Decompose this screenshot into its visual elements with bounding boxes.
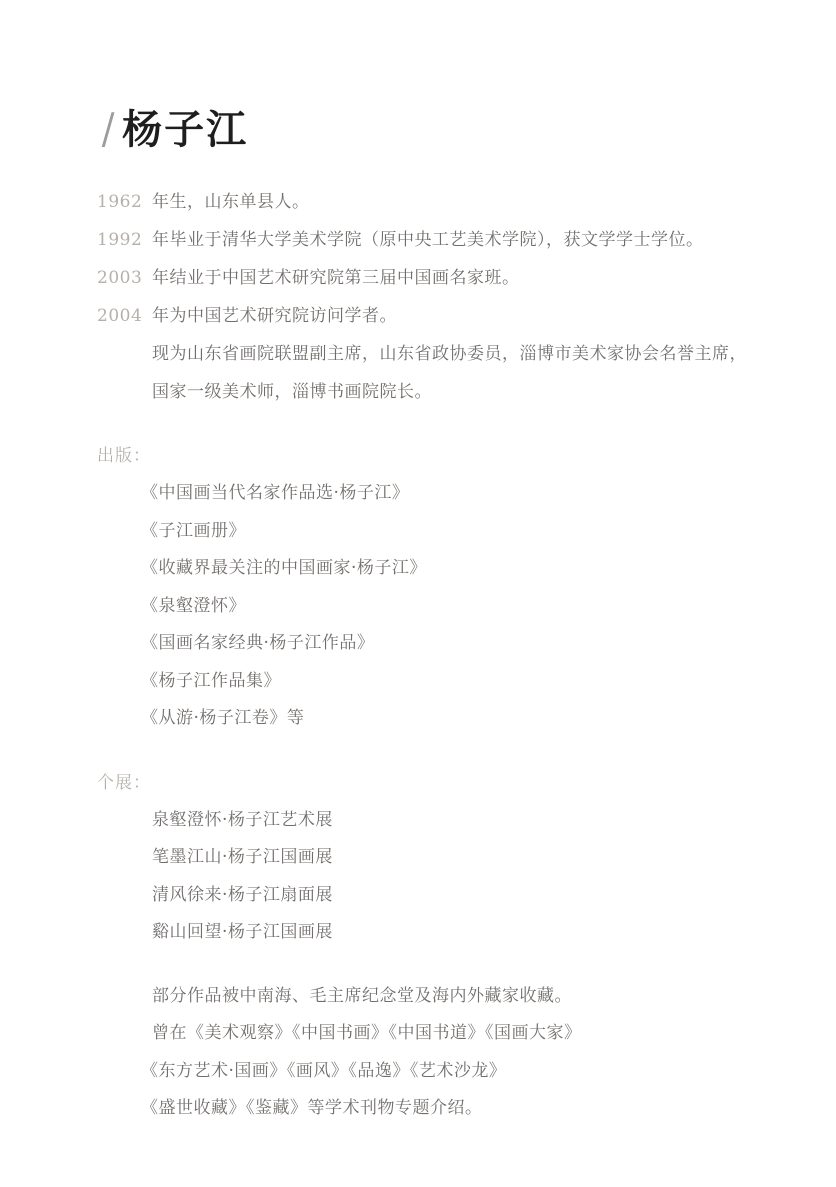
closing-line: 《盛世收藏》《鉴藏》等学术刊物专题介绍。	[141, 1090, 776, 1128]
closing-line: 部分作品被中南海、毛主席纪念堂及海内外藏家收藏。	[152, 978, 776, 1016]
exhibition-item: 清风徐来·杨子江扇面展	[152, 877, 776, 915]
timeline-row: 2004 年为中国艺术研究院访问学者。	[97, 297, 776, 335]
publication-item: 《国画名家经典·杨子江作品》	[141, 625, 776, 663]
publication-item: 《杨子江作品集》	[141, 663, 776, 701]
artist-bio-page: / 杨子江 1962 年生，山东单县人。 1992 年毕业于清华大学美术学院（原…	[0, 0, 836, 1187]
timeline-year: 1992	[97, 221, 152, 259]
exhibition-item: 笔墨江山·杨子江国画展	[152, 839, 776, 877]
timeline-row: 现为山东省画院联盟副主席，山东省政协委员，淄博市美术家协会名誉主席，	[97, 335, 776, 373]
page-header: / 杨子江	[101, 98, 776, 150]
timeline-row: 国家一级美术师，淄博书画院院长。	[97, 373, 776, 411]
timeline-row: 1962 年生，山东单县人。	[97, 183, 776, 221]
closing-paragraph: 部分作品被中南海、毛主席纪念堂及海内外藏家收藏。 曾在《美术观察》《中国书画》《…	[97, 978, 776, 1128]
publication-item: 《从游·杨子江卷》等	[141, 700, 776, 738]
closing-line: 曾在《美术观察》《中国书画》《中国书道》《国画大家》	[152, 1015, 776, 1053]
publication-item: 《中国画当代名家作品选·杨子江》	[141, 475, 776, 513]
timeline-text: 年毕业于清华大学美术学院（原中央工艺美术学院），获文学学士学位。	[152, 221, 704, 259]
timeline-text: 现为山东省画院联盟副主席，山东省政协委员，淄博市美术家协会名誉主席，	[152, 335, 747, 373]
timeline-text: 国家一级美术师，淄博书画院院长。	[152, 373, 432, 411]
publications-section: 出版： 《中国画当代名家作品选·杨子江》 《子江画册》 《收藏界最关注的中国画家…	[97, 437, 776, 738]
timeline-text: 年结业于中国艺术研究院第三届中国画名家班。	[152, 259, 520, 297]
closing-line: 《东方艺术·国画》《画风》《品逸》《艺术沙龙》	[141, 1053, 776, 1091]
solo-exhibitions-section: 个展： 泉壑澄怀·杨子江艺术展 笔墨江山·杨子江国画展 清风徐来·杨子江扇面展 …	[97, 764, 776, 952]
solo-exhibitions-list: 泉壑澄怀·杨子江艺术展 笔墨江山·杨子江国画展 清风徐来·杨子江扇面展 谿山回望…	[97, 802, 776, 952]
timeline-year	[97, 335, 152, 373]
timeline-text: 年生，山东单县人。	[152, 183, 310, 221]
publications-label: 出版：	[97, 437, 776, 475]
page-title: 杨子江	[122, 98, 248, 155]
timeline-year: 2003	[97, 259, 152, 297]
timeline-year	[97, 373, 152, 411]
exhibition-item: 谿山回望·杨子江国画展	[152, 914, 776, 952]
publication-item: 《泉壑澄怀》	[141, 588, 776, 626]
timeline-section: 1962 年生，山东单县人。 1992 年毕业于清华大学美术学院（原中央工艺美术…	[97, 183, 776, 411]
publication-item: 《收藏界最关注的中国画家·杨子江》	[141, 550, 776, 588]
publication-item: 《子江画册》	[141, 513, 776, 551]
publications-list: 《中国画当代名家作品选·杨子江》 《子江画册》 《收藏界最关注的中国画家·杨子江…	[97, 475, 776, 738]
title-slash-mark: /	[102, 104, 115, 153]
exhibition-item: 泉壑澄怀·杨子江艺术展	[152, 802, 776, 840]
timeline-row: 2003 年结业于中国艺术研究院第三届中国画名家班。	[97, 259, 776, 297]
timeline-year: 2004	[97, 297, 152, 335]
timeline-row: 1992 年毕业于清华大学美术学院（原中央工艺美术学院），获文学学士学位。	[97, 221, 776, 259]
timeline-text: 年为中国艺术研究院访问学者。	[152, 297, 397, 335]
timeline-year: 1962	[97, 183, 152, 221]
solo-exhibitions-label: 个展：	[97, 764, 776, 802]
